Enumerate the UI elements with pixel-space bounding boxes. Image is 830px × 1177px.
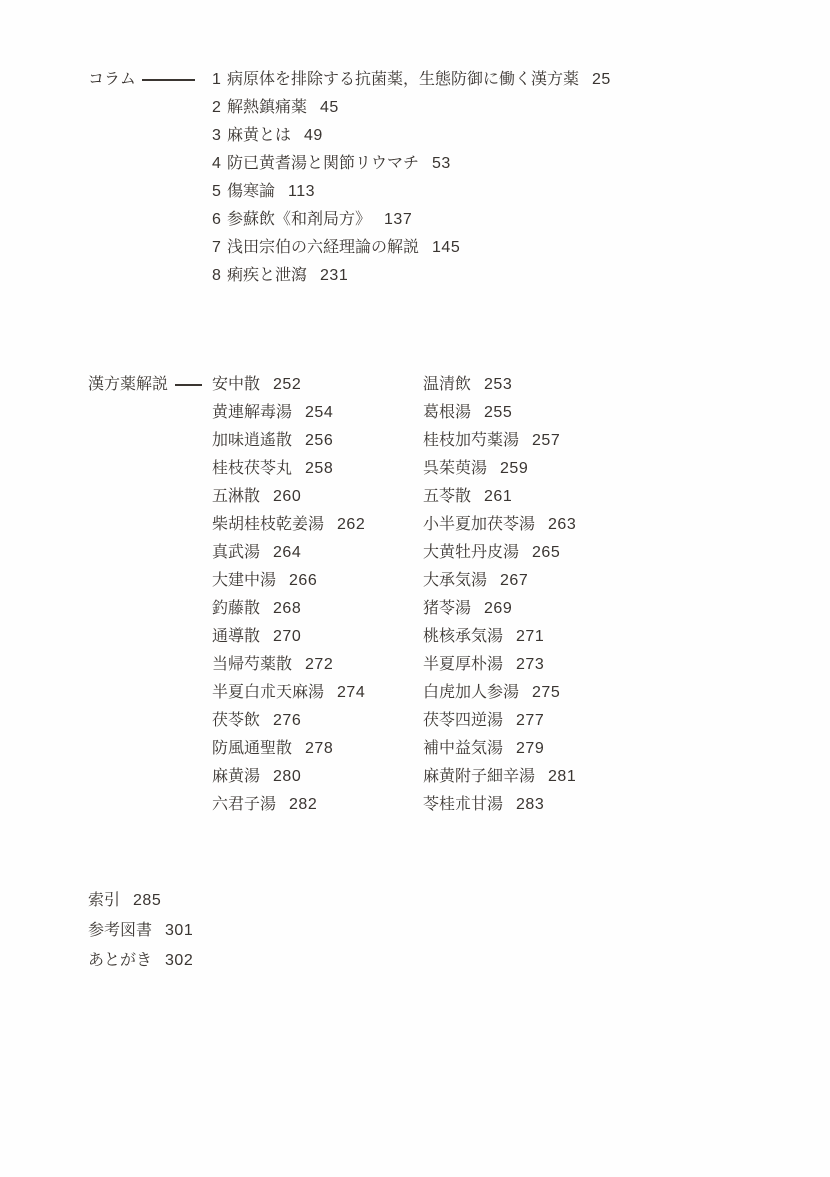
item-page-number: 258 [305,460,333,477]
item-title: 麻黄附子細辛湯 [423,768,535,785]
toc-item: 索引285 [88,886,193,916]
item-title: 葛根湯 [423,404,471,421]
item-page-number: 259 [500,460,528,477]
toc-item: 真武湯264 [212,539,365,567]
toc-item: 苓桂朮甘湯283 [423,791,576,819]
item-page-number: 255 [484,404,512,421]
item-title: 参蘇飲《和剤局方》 [227,211,371,228]
kampo-section-label: 漢方薬解説 [88,371,168,399]
item-title: 茯苓四逆湯 [423,712,503,729]
item-page-number: 273 [516,656,544,673]
item-title: 苓桂朮甘湯 [423,796,503,813]
item-page-number: 252 [273,376,301,393]
item-page-number: 269 [484,600,512,617]
toc-item: 1病原体を排除する抗菌薬，生態防御に働く漢方薬25 [212,66,611,94]
item-page-number: 49 [304,127,323,144]
toc-item: 加味逍遙散256 [212,427,365,455]
back-matter-list: 索引285 参考図書301 あとがき302 [88,886,193,976]
item-page-number: 277 [516,712,544,729]
item-page-number: 278 [305,740,333,757]
item-page-number: 301 [165,922,193,939]
item-title: あとがき [88,952,152,969]
item-title: 小半夏加茯苓湯 [423,516,535,533]
toc-item: 大建中湯266 [212,567,365,595]
toc-item: 猪苓湯269 [423,595,576,623]
item-page-number: 283 [516,796,544,813]
item-title: 傷寒論 [227,183,275,200]
item-page-number: 274 [337,684,365,701]
toc-item: 茯苓飲276 [212,707,365,735]
kampo-right-column: 温清飲253 葛根湯255 桂枝加芍薬湯257 呉茱萸湯259 五苓散261 小… [423,371,576,819]
item-title: 真武湯 [212,544,260,561]
item-page-number: 25 [592,71,611,88]
item-title: 桂枝加芍薬湯 [423,432,519,449]
toc-item: あとがき302 [88,946,193,976]
item-number: 4 [212,150,222,178]
toc-item: 大承気湯267 [423,567,576,595]
item-title: 大承気湯 [423,572,487,589]
column-items-list: 1病原体を排除する抗菌薬，生態防御に働く漢方薬25 2解熱鎮痛薬45 3麻黄とは… [212,66,611,290]
item-title: 桃核承気湯 [423,628,503,645]
item-title: 六君子湯 [212,796,276,813]
item-title: 痢疾と泄瀉 [227,267,307,284]
item-title: 解熱鎮痛薬 [227,99,307,116]
item-page-number: 113 [288,183,315,200]
item-page-number: 267 [500,572,528,589]
item-number: 7 [212,234,222,262]
item-title: 加味逍遙散 [212,432,292,449]
item-title: 当帰芍薬散 [212,656,292,673]
item-page-number: 263 [548,516,576,533]
item-page-number: 261 [484,488,512,505]
item-page-number: 254 [305,404,333,421]
item-number: 1 [212,66,222,94]
item-page-number: 282 [289,796,317,813]
item-page-number: 281 [548,768,576,785]
item-title: 病原体を排除する抗菌薬，生態防御に働く漢方薬 [227,71,579,88]
toc-item: 補中益気湯279 [423,735,576,763]
item-page-number: 276 [273,712,301,729]
item-title: 桂枝茯苓丸 [212,460,292,477]
item-title: 大黄牡丹皮湯 [423,544,519,561]
item-page-number: 270 [273,628,301,645]
toc-item: 8痢疾と泄瀉231 [212,262,611,290]
toc-item: 温清飲253 [423,371,576,399]
item-title: 浅田宗伯の六経理論の解説 [227,239,419,256]
toc-item: 五苓散261 [423,483,576,511]
item-page-number: 279 [516,740,544,757]
item-title: 補中益気湯 [423,740,503,757]
item-page-number: 266 [289,572,317,589]
toc-item: 柴胡桂枝乾姜湯262 [212,511,365,539]
toc-item: 茯苓四逆湯277 [423,707,576,735]
item-page-number: 262 [337,516,365,533]
toc-item: 半夏厚朴湯273 [423,651,576,679]
item-title: 呉茱萸湯 [423,460,487,477]
item-title: 安中散 [212,376,260,393]
item-page-number: 280 [273,768,301,785]
item-title: 黄連解毒湯 [212,404,292,421]
item-title: 茯苓飲 [212,712,260,729]
toc-item: 大黄牡丹皮湯265 [423,539,576,567]
item-title: 参考図書 [88,922,152,939]
item-page-number: 145 [432,239,460,256]
item-page-number: 271 [516,628,544,645]
item-number: 3 [212,122,222,150]
item-title: 通導散 [212,628,260,645]
toc-item: 安中散252 [212,371,365,399]
toc-item: 2解熱鎮痛薬45 [212,94,611,122]
item-page-number: 253 [484,376,512,393]
toc-item: 7浅田宗伯の六経理論の解説145 [212,234,611,262]
item-page-number: 53 [432,155,451,172]
item-number: 6 [212,206,222,234]
toc-item: 六君子湯282 [212,791,365,819]
item-title: 白虎加人参湯 [423,684,519,701]
toc-item: 小半夏加茯苓湯263 [423,511,576,539]
item-page-number: 264 [273,544,301,561]
item-page-number: 257 [532,432,560,449]
toc-item: 葛根湯255 [423,399,576,427]
kampo-left-column: 安中散252 黄連解毒湯254 加味逍遙散256 桂枝茯苓丸258 五淋散260… [212,371,365,819]
item-title: 半夏厚朴湯 [423,656,503,673]
toc-item: 5傷寒論113 [212,178,611,206]
item-title: 防已黄耆湯と関節リウマチ [227,155,419,172]
toc-item: 桂枝加芍薬湯257 [423,427,576,455]
item-page-number: 302 [165,952,193,969]
toc-item: 桃核承気湯271 [423,623,576,651]
item-page-number: 285 [133,892,161,909]
item-title: 柴胡桂枝乾姜湯 [212,516,324,533]
toc-item: 麻黄附子細辛湯281 [423,763,576,791]
toc-item: 6参蘇飲《和剤局方》137 [212,206,611,234]
item-page-number: 268 [273,600,301,617]
column-leader-line [142,79,195,81]
toc-item: 白虎加人参湯275 [423,679,576,707]
item-number: 2 [212,94,222,122]
item-page-number: 275 [532,684,560,701]
item-title: 麻黄とは [227,127,291,144]
item-number: 8 [212,262,222,290]
item-title: 半夏白朮天麻湯 [212,684,324,701]
item-page-number: 265 [532,544,560,561]
toc-item: 五淋散260 [212,483,365,511]
toc-item: 呉茱萸湯259 [423,455,576,483]
item-number: 5 [212,178,222,206]
item-title: 五淋散 [212,488,260,505]
toc-item: 参考図書301 [88,916,193,946]
toc-item: 桂枝茯苓丸258 [212,455,365,483]
item-title: 温清飲 [423,376,471,393]
item-title: 五苓散 [423,488,471,505]
item-title: 猪苓湯 [423,600,471,617]
item-title: 麻黄湯 [212,768,260,785]
item-title: 大建中湯 [212,572,276,589]
item-title: 防風通聖散 [212,740,292,757]
toc-item: 半夏白朮天麻湯274 [212,679,365,707]
item-page-number: 231 [320,267,348,284]
item-page-number: 137 [384,211,412,228]
item-page-number: 272 [305,656,333,673]
item-title: 釣藤散 [212,600,260,617]
item-title: 索引 [88,892,120,909]
item-page-number: 256 [305,432,333,449]
kampo-leader-line [175,384,202,386]
toc-item: 通導散270 [212,623,365,651]
column-section-label: コラム [88,66,136,94]
toc-item: 黄連解毒湯254 [212,399,365,427]
item-page-number: 260 [273,488,301,505]
toc-item: 当帰芍薬散272 [212,651,365,679]
toc-item: 麻黄湯280 [212,763,365,791]
toc-item: 防風通聖散278 [212,735,365,763]
toc-item: 釣藤散268 [212,595,365,623]
toc-item: 3麻黄とは49 [212,122,611,150]
toc-item: 4防已黄耆湯と関節リウマチ53 [212,150,611,178]
item-page-number: 45 [320,99,339,116]
